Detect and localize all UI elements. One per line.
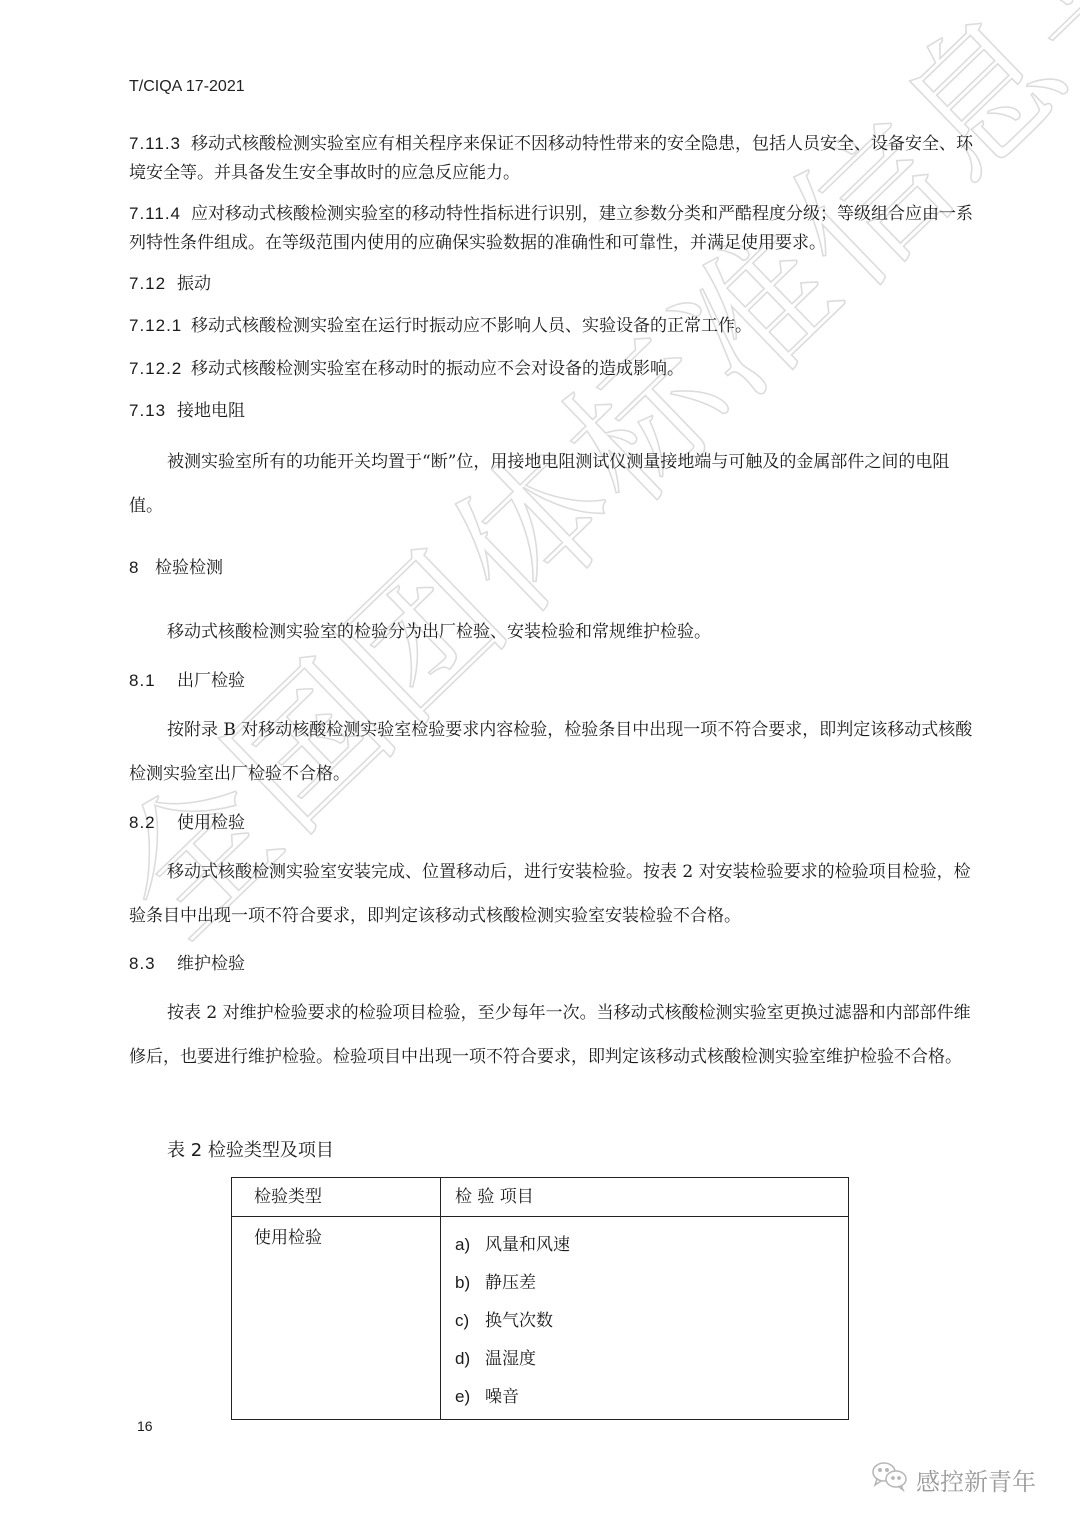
clause-title: 振动 (177, 274, 211, 294)
clause-title: 接地电阻 (177, 401, 245, 421)
page-number: 16 (137, 1418, 153, 1434)
item-text: 风量和风速 (485, 1235, 570, 1255)
clause-title: 出厂检验 (177, 671, 245, 691)
document-page: 全国团体标准信息平台 T/CIQA 17-2021 7.11.3移动式核酸检测实… (0, 0, 1080, 1528)
clause-8-2-heading: 8.2使用检验 (129, 809, 979, 837)
clause-number: 8.3 (129, 950, 177, 978)
clause-number: 7.12.2 (129, 355, 191, 383)
clause-8-1-heading: 8.1出厂检验 (129, 667, 979, 695)
wechat-icon (870, 1460, 910, 1498)
item-label: a) (455, 1226, 485, 1264)
clause-text: 移动式核酸检测实验室在移动时的振动应不会对设备的造成影响。 (191, 359, 684, 379)
section-8-heading: 8检验检测 (129, 554, 979, 582)
clause-number: 8.1 (129, 667, 177, 695)
section-title: 检验检测 (155, 558, 223, 578)
inspection-items-cell: a)风量和风速 b)静压差 c)换气次数 d)温湿度 e)噪音 (441, 1217, 849, 1420)
inspection-table: 检验类型 检 验 项目 使用检验 a)风量和风速 b)静压差 c)换气次数 d)… (231, 1177, 849, 1420)
paragraph-8-2: 移动式核酸检测实验室安装完成、位置移动后，进行安装检验。按表 2 对安装检验要求… (129, 850, 979, 938)
section-number: 8 (129, 554, 155, 582)
clause-7-12-2: 7.12.2移动式核酸检测实验室在移动时的振动应不会对设备的造成影响。 (129, 355, 979, 383)
inspection-item-list: a)风量和风速 b)静压差 c)换气次数 d)温湿度 e)噪音 (455, 1218, 847, 1418)
item-text: 温湿度 (485, 1349, 536, 1369)
list-item: c)换气次数 (455, 1302, 847, 1340)
document-id: T/CIQA 17-2021 (129, 78, 245, 96)
clause-number: 7.12.1 (129, 312, 191, 340)
paragraph-8-1: 按附录 B 对移动核酸检测实验室检验要求内容检验，检验条目中出现一项不符合要求，… (129, 708, 979, 796)
clause-7-12-heading: 7.12振动 (129, 270, 979, 298)
item-text: 静压差 (485, 1273, 536, 1293)
brand-name: 感控新青年 (916, 1462, 1036, 1497)
section-8-intro: 移动式核酸检测实验室的检验分为出厂检验、安装检验和常规维护检验。 (129, 610, 979, 654)
paragraph-7-13: 被测实验室所有的功能开关均置于“断”位，用接地电阻测试仪测量接地端与可触及的金属… (129, 440, 979, 528)
clause-7-13-heading: 7.13接地电阻 (129, 397, 979, 425)
table-row: 使用检验 a)风量和风速 b)静压差 c)换气次数 d)温湿度 e)噪音 (232, 1217, 849, 1420)
clause-number: 7.13 (129, 397, 177, 425)
item-label: b) (455, 1264, 485, 1302)
item-label: d) (455, 1340, 485, 1378)
column-header-type: 检验类型 (232, 1178, 441, 1217)
clause-title: 维护检验 (177, 954, 245, 974)
table-header-row: 检验类型 检 验 项目 (232, 1178, 849, 1217)
clause-number: 8.2 (129, 809, 177, 837)
clause-text: 应对移动式核酸检测实验室的移动特性指标进行识别，建立参数分类和严酷程度分级；等级… (129, 204, 973, 253)
clause-text: 移动式核酸检测实验室应有相关程序来保证不因移动特性带来的安全隐患，包括人员安全、… (129, 134, 973, 183)
table-caption: 表 2 检验类型及项目 (167, 1136, 334, 1162)
clause-7-11-3: 7.11.3移动式核酸检测实验室应有相关程序来保证不因移动特性带来的安全隐患，包… (129, 129, 979, 188)
item-label: e) (455, 1378, 485, 1416)
paragraph-8-3: 按表 2 对维护检验要求的检验项目检验，至少每年一次。当移动式核酸检测实验室更换… (129, 991, 979, 1079)
list-item: a)风量和风速 (455, 1226, 847, 1264)
brand-watermark: 感控新青年 (870, 1460, 1036, 1498)
clause-text: 移动式核酸检测实验室在运行时振动应不影响人员、实验设备的正常工作。 (191, 316, 752, 336)
list-item: e)噪音 (455, 1378, 847, 1416)
clause-7-11-4: 7.11.4应对移动式核酸检测实验室的移动特性指标进行识别，建立参数分类和严酷程… (129, 199, 979, 258)
column-header-items: 检 验 项目 (441, 1178, 849, 1217)
clause-number: 7.11.3 (129, 129, 191, 158)
list-item: d)温湿度 (455, 1340, 847, 1378)
clause-number: 7.12 (129, 270, 177, 298)
list-item: b)静压差 (455, 1264, 847, 1302)
clause-title: 使用检验 (177, 813, 245, 833)
clause-7-12-1: 7.12.1移动式核酸检测实验室在运行时振动应不影响人员、实验设备的正常工作。 (129, 312, 979, 340)
inspection-type-cell: 使用检验 (232, 1217, 441, 1420)
clause-8-3-heading: 8.3维护检验 (129, 950, 979, 978)
item-label: c) (455, 1302, 485, 1340)
clause-number: 7.11.4 (129, 199, 191, 228)
item-text: 换气次数 (485, 1311, 553, 1331)
item-text: 噪音 (485, 1387, 519, 1407)
